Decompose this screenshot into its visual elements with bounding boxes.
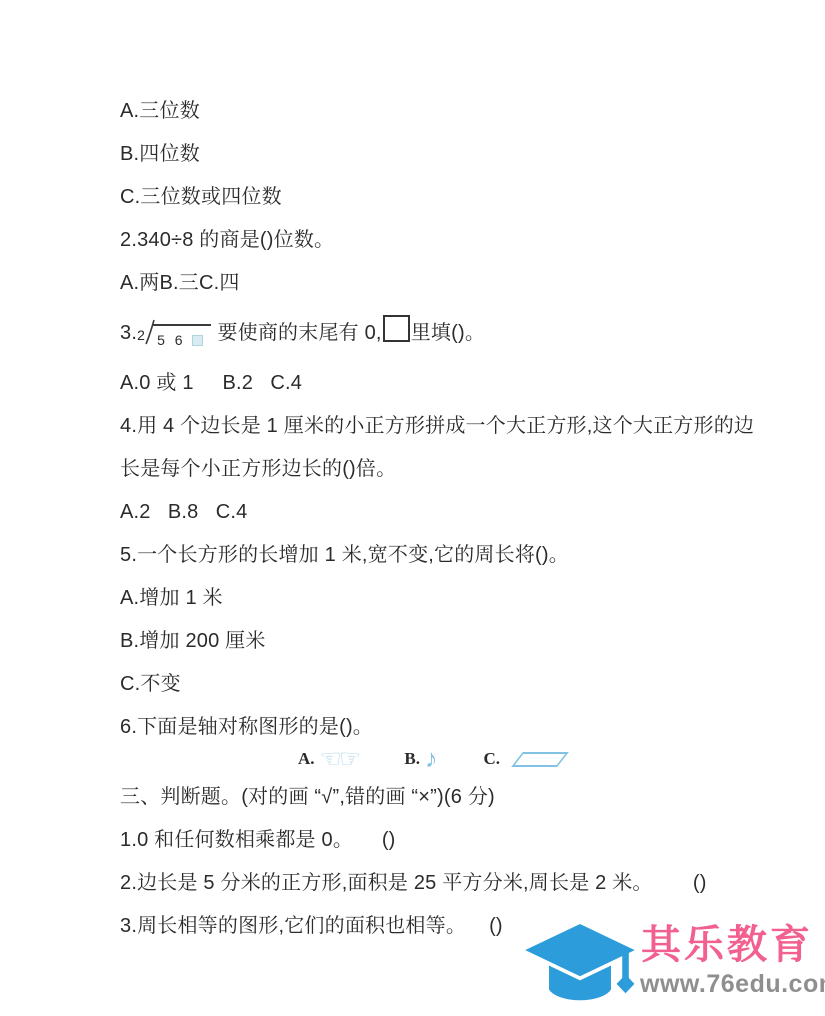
q6-option-b-label: B. (404, 749, 420, 769)
q6-option-c-label: C. (483, 749, 500, 769)
brand-name: 其乐教育 (641, 920, 813, 970)
q5-option-b: B.增加 200 厘米 (120, 630, 780, 652)
q6-option-a: A.☜☞ (298, 747, 358, 772)
blank-mini-box-icon (192, 335, 203, 346)
question-6-picture-options: A.☜☞ B.♪ C. (120, 744, 780, 774)
question-5-text: 5.一个长方形的长增加 1 米,宽不变,它的周长将()。 (120, 544, 780, 566)
blank-fill-box-icon (383, 315, 410, 342)
q6-option-a-label: A. (298, 749, 315, 769)
q6-option-c: C. (483, 749, 563, 769)
q1-option-a: A.三位数 (120, 100, 780, 122)
division-divisor: 2 (137, 327, 145, 343)
q5-option-a: A.增加 1 米 (120, 587, 780, 609)
question-4-line2: 长是每个小正方形边长的()倍。 (120, 458, 780, 480)
q3-text-end: 里填()。 (411, 322, 485, 344)
worksheet-content: A.三位数 B.四位数 C.三位数或四位数 2.340÷8 的商是()位数。 A… (120, 100, 780, 958)
long-division-expression: 25 6 (137, 319, 211, 351)
section-3-header: 三、判断题。(对的画 “√”,错的画 “×”)(6 分) (120, 786, 780, 808)
pointing-hands-image: ☜☞ (320, 747, 359, 772)
question-4-options: A.2 B.8 C.4 (120, 501, 780, 523)
dividend-digits: 5 6 (157, 332, 192, 348)
section-3-item-2: 2.边长是 5 分米的正方形,面积是 25 平方分米,周长是 2 米。 () (120, 872, 780, 894)
question-4-line1: 4.用 4 个边长是 1 厘米的小正方形拼成一个大正方形,这个大正方形的边 (120, 415, 780, 437)
section-3-item-1: 1.0 和任何数相乘都是 0。 () (120, 829, 780, 851)
graduation-cap-icon (519, 920, 641, 1014)
question-3: 3.25 6 要使商的末尾有 0,里填()。 (120, 315, 780, 351)
q5-option-c: C.不变 (120, 673, 780, 695)
question-2-options: A.两B.三C.四 (120, 272, 780, 294)
question-2-text: 2.340÷8 的商是()位数。 (120, 229, 780, 251)
division-dividend: 5 6 (153, 324, 211, 351)
q1-option-b: B.四位数 (120, 143, 780, 165)
q1-option-c: C.三位数或四位数 (120, 186, 780, 208)
brand-logo: 其乐教育 www.76edu.com (519, 920, 815, 1014)
brand-website: www.76edu.com (640, 970, 825, 999)
question-6-text: 6.下面是轴对称图形的是()。 (120, 716, 780, 738)
q3-number: 3. (120, 322, 137, 344)
parallelogram-image (511, 752, 569, 767)
question-3-options: A.0 或 1 B.2 C.4 (120, 372, 780, 394)
worksheet-page: A.三位数 B.四位数 C.三位数或四位数 2.340÷8 的商是()位数。 A… (0, 0, 825, 1016)
music-note-image: ♪ (425, 747, 438, 772)
q3-text: 要使商的末尾有 0, (217, 322, 381, 344)
q6-option-b: B.♪ (404, 747, 437, 772)
